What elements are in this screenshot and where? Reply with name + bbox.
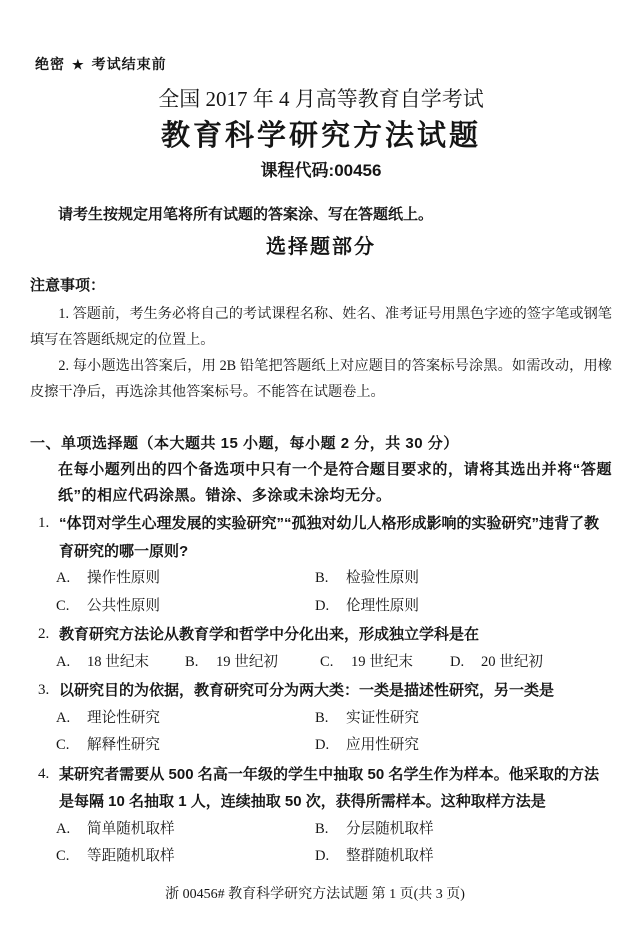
question-number: 2. <box>38 621 59 649</box>
option-label: C. <box>56 843 74 871</box>
question-stem: 某研究者需要从 500 名高一年级的学生中抽取 50 名学生作为样本。他采取的方… <box>59 761 599 816</box>
option: B. 19 世纪初 <box>185 649 320 677</box>
question-stem: “体罚对学生心理发展的实验研究”“孤独对幼儿人格形成影响的实验研究”违背了教育研… <box>59 510 599 565</box>
question-block: 2. 教育研究方法论从教育学和哲学中分化出来，形成独立学科是在 <box>38 621 612 649</box>
option-text: 应用性研究 <box>346 732 419 760</box>
option: D. 20 世纪初 <box>450 649 612 677</box>
option-label: B. <box>315 816 333 844</box>
option-text: 实证性研究 <box>346 705 419 733</box>
option-text: 伦理性原则 <box>346 593 419 621</box>
option: C. 等距随机取样 <box>56 843 315 871</box>
option-label: A. <box>56 705 74 733</box>
option-text: 解释性研究 <box>87 732 160 760</box>
option-text: 18 世纪末 <box>87 649 149 677</box>
option-text: 19 世纪末 <box>351 649 413 677</box>
classification-level: 绝密 <box>35 56 65 72</box>
note-item: 2. 每小题选出答案后，用 2B 铅笔把答题纸上对应题目的答案标号涂黑。如需改动… <box>30 353 612 405</box>
option-label: A. <box>56 816 74 844</box>
option: D. 整群随机取样 <box>315 843 612 871</box>
option-label: C. <box>320 649 338 677</box>
classification-banner: 绝密★考试结束前 <box>35 56 612 73</box>
option-group: A. 操作性原则 B. 检验性原则 C. 公共性原则 D. 伦理性原则 <box>56 565 612 620</box>
section-instruction: 在每小题列出的四个备选项中只有一个是符合题目要求的，请将其选出并将“答题纸”的相… <box>58 457 612 509</box>
page-footer: 浙 00456# 教育科学研究方法试题 第 1 页(共 3 页) <box>0 886 630 904</box>
option: D. 伦理性原则 <box>315 593 612 621</box>
notes-list: 1. 答题前，考生务必将自己的考试课程名称、姓名、准考证号用黑色字迹的签字笔或钢… <box>30 301 612 405</box>
section-heading: 一、单项选择题（本大题共 15 小题，每小题 2 分，共 30 分） <box>30 430 612 457</box>
classification-timing: 考试结束前 <box>92 56 167 72</box>
question-block: 3. 以研究目的为依据，教育研究可分为两大类：一类是描述性研究，另一类是 <box>38 677 612 705</box>
star-icon: ★ <box>72 57 85 72</box>
option: C. 解释性研究 <box>56 732 315 760</box>
option-label: B. <box>185 649 203 677</box>
option-group: A. 理论性研究 B. 实证性研究 C. 解释性研究 D. 应用性研究 <box>56 705 612 760</box>
question-number: 1. <box>38 510 59 565</box>
option-label: C. <box>56 732 74 760</box>
option-label: B. <box>315 565 333 593</box>
option-text: 整群随机取样 <box>346 843 434 871</box>
option: A. 理论性研究 <box>56 705 315 733</box>
option: B. 检验性原则 <box>315 565 612 593</box>
option-label: C. <box>56 593 74 621</box>
option-text: 检验性原则 <box>346 565 419 593</box>
option-text: 简单随机取样 <box>87 816 175 844</box>
option-label: D. <box>315 843 333 871</box>
answer-instruction: 请考生按规定用笔将所有试题的答案涂、写在答题纸上。 <box>58 205 612 224</box>
option-label: B. <box>315 705 333 733</box>
option: A. 操作性原则 <box>56 565 315 593</box>
page-content: 绝密★考试结束前 全国 2017 年 4 月高等教育自学考试 教育科学研究方法试… <box>0 0 630 871</box>
option-text: 20 世纪初 <box>481 649 543 677</box>
option-text: 公共性原则 <box>87 593 160 621</box>
option-text: 等距随机取样 <box>87 843 175 871</box>
option: B. 分层随机取样 <box>315 816 612 844</box>
option-group: A. 简单随机取样 B. 分层随机取样 C. 等距随机取样 D. 整群随机取样 <box>56 816 612 871</box>
question-number: 3. <box>38 677 59 705</box>
option-label: A. <box>56 649 74 677</box>
exam-title: 全国 2017 年 4 月高等教育自学考试 <box>30 86 612 113</box>
option: D. 应用性研究 <box>315 732 612 760</box>
question-number: 4. <box>38 761 59 816</box>
option: B. 实证性研究 <box>315 705 612 733</box>
option-group: A. 18 世纪末 B. 19 世纪初 C. 19 世纪末 D. 20 世纪初 <box>56 649 612 677</box>
note-item: 1. 答题前，考生务必将自己的考试课程名称、姓名、准考证号用黑色字迹的签字笔或钢… <box>30 301 612 353</box>
option-text: 分层随机取样 <box>346 816 434 844</box>
question-stem: 教育研究方法论从教育学和哲学中分化出来，形成独立学科是在 <box>59 621 599 649</box>
course-code: 课程代码:00456 <box>30 160 612 182</box>
question-stem: 以研究目的为依据，教育研究可分为两大类：一类是描述性研究，另一类是 <box>59 677 599 705</box>
option-label: D. <box>315 593 333 621</box>
notes-heading: 注意事项： <box>30 276 612 296</box>
option-text: 19 世纪初 <box>216 649 278 677</box>
option: A. 简单随机取样 <box>56 816 315 844</box>
paper-title: 教育科学研究方法试题 <box>30 117 612 155</box>
option-label: A. <box>56 565 74 593</box>
option: C. 公共性原则 <box>56 593 315 621</box>
question-block: 1. “体罚对学生心理发展的实验研究”“孤独对幼儿人格形成影响的实验研究”违背了… <box>38 510 612 565</box>
option-text: 操作性原则 <box>87 565 160 593</box>
option: A. 18 世纪末 <box>56 649 185 677</box>
option: C. 19 世纪末 <box>320 649 450 677</box>
option-label: D. <box>315 732 333 760</box>
part-title: 选择题部分 <box>30 233 612 261</box>
option-label: D. <box>450 649 468 677</box>
exam-paper-page: 绝密★考试结束前 全国 2017 年 4 月高等教育自学考试 教育科学研究方法试… <box>0 0 630 940</box>
option-text: 理论性研究 <box>87 705 160 733</box>
question-block: 4. 某研究者需要从 500 名高一年级的学生中抽取 50 名学生作为样本。他采… <box>38 761 612 816</box>
